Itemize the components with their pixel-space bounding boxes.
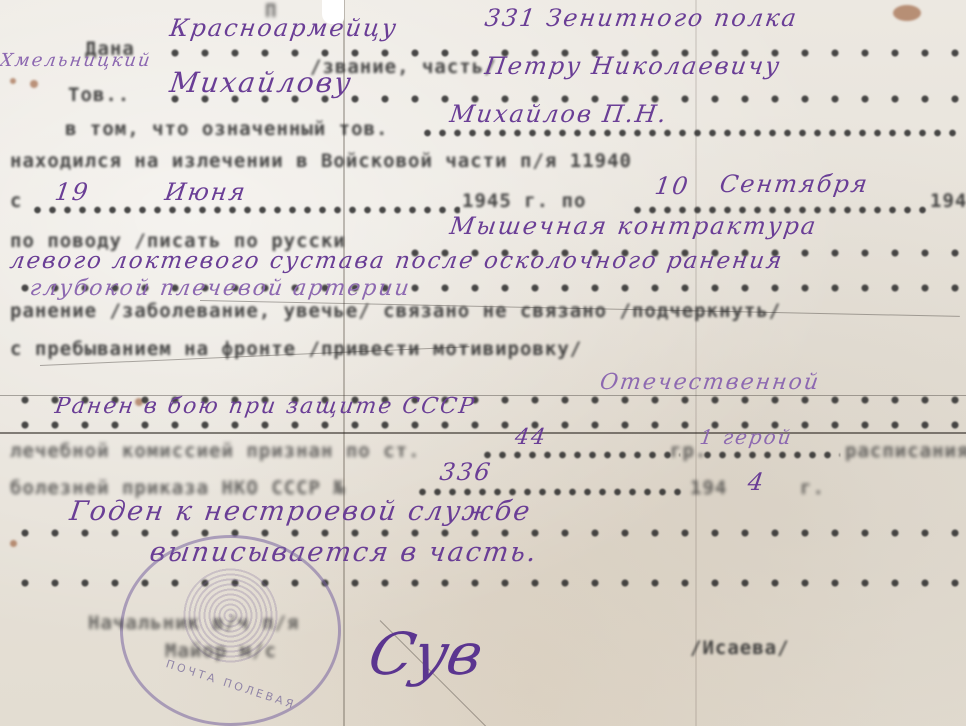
typed-order-g: г. [800, 477, 825, 499]
typed-commission: лечебной комиссией признан по ст. [10, 440, 421, 462]
handwritten-wound-1: Ранен в бою при защите СССР [53, 394, 477, 419]
typed-line-means: в том, что означенный тов. [65, 118, 388, 140]
stamp-text: ПОЧТА ПОЛЕВАЯ [164, 657, 297, 711]
handwritten-signature: Сув [363, 620, 489, 688]
handwritten-rank: Красноармейцу [168, 14, 400, 42]
margin-note: Хмельницкий [0, 50, 153, 71]
typed-schedule: расписания [845, 440, 966, 462]
fill-line [700, 450, 840, 460]
handwritten-diagnosis-3: глубокой плечевой артерии [28, 276, 412, 301]
rust-spot [10, 78, 16, 84]
vertical-fold-right [695, 0, 697, 726]
fill-line [30, 205, 460, 215]
handwritten-year-suffix: 4 [746, 468, 767, 496]
handwritten-unit: 331 Зенитного полка [483, 4, 800, 32]
typed-from: с [10, 190, 22, 212]
handwritten-diagnosis-2: левого локтевого сустава после осколочно… [8, 248, 785, 274]
handwritten-abbrev-name: Михайлов П.Н. [448, 100, 670, 128]
horizontal-fold [0, 432, 966, 434]
typed-front-service: с пребыванием на фронте /привести мотиви… [10, 338, 582, 360]
handwritten-wound-3: 1 герой [698, 425, 794, 449]
handwritten-day-to: 10 [653, 172, 691, 200]
typed-order-year: 194 [690, 477, 727, 499]
typed-chief: Начальник в/ч п/я [88, 612, 299, 634]
typed-year-to: 1945 г. по [462, 190, 586, 212]
handwritten-surname: Михайлову [168, 66, 355, 99]
typed-line-treatment: находился на излечении в Войсковой части… [10, 150, 632, 172]
rust-spot [30, 80, 38, 88]
typed-year-2: 194 [930, 190, 966, 212]
document-paper: П Дана Красноармейцу 331 Зенитного полка… [0, 0, 966, 726]
rust-stain [893, 5, 921, 21]
fill-line [420, 128, 960, 138]
handwritten-diagnosis-1: Мышечная контрактура [448, 212, 819, 240]
handwritten-article: 44 [513, 425, 549, 450]
handwritten-name-patronymic: Петру Николаевичу [483, 52, 783, 80]
vertical-fold [343, 0, 345, 726]
handwritten-day-from: 19 [53, 178, 91, 206]
fill-line [10, 420, 960, 430]
fill-line [480, 450, 680, 460]
typed-major: Майор м/с [165, 640, 277, 662]
handwritten-wound-extra: Отечественной [598, 370, 822, 395]
handwritten-conclusion-1: Годен к нестроевой службе [68, 496, 534, 527]
handwritten-month-from: Июня [163, 178, 249, 206]
typed-label-tov: Тов.. [68, 84, 130, 106]
typed-signatory: /Исаева/ [690, 637, 790, 659]
handwritten-month-to: Сентября [718, 170, 871, 198]
handwritten-order-number: 336 [438, 458, 494, 486]
typed-relation: ранение /заболевание, увечье/ связано не… [10, 300, 781, 322]
rust-spot [10, 540, 17, 547]
